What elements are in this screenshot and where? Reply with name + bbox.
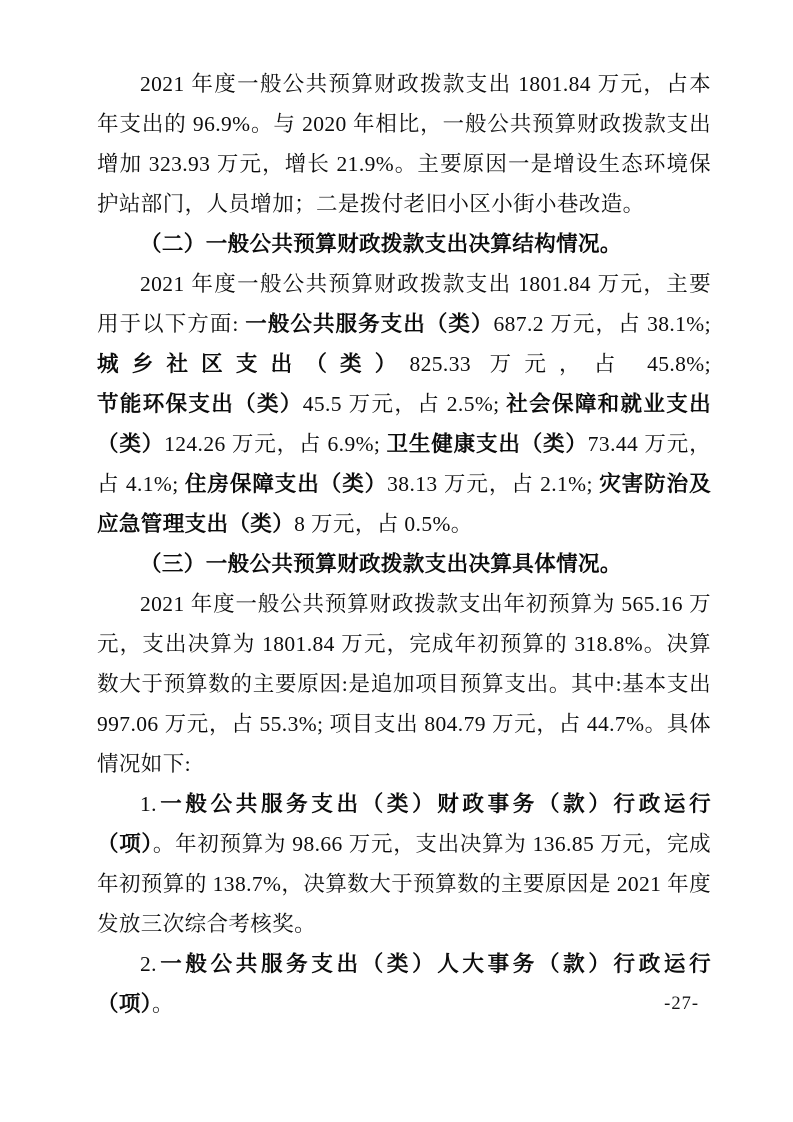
document-page: 2021 年度一般公共预算财政拨款支出 1801.84 万元，占本年支出的 96… bbox=[0, 0, 793, 1122]
text-run: 一般公共服务支出（类） bbox=[245, 312, 493, 336]
text-run: 38.13 万元，占 2.1%; bbox=[387, 472, 599, 496]
text-run: 。年初预算为 98.66 万元，支出决算为 136.85 万元，完成年初预算的 … bbox=[97, 832, 711, 936]
paragraph: 2021 年度一般公共预算财政拨款支出 1801.84 万元，占本年支出的 96… bbox=[97, 64, 711, 224]
text-run: 45.5 万元，占 2.5%; bbox=[303, 392, 507, 416]
paragraph: 2021 年度一般公共预算财政拨款支出 1801.84 万元，主要用于以下方面:… bbox=[97, 264, 711, 544]
text-run: 1. bbox=[140, 792, 157, 816]
text-run: 卫生健康支出（类） bbox=[387, 432, 588, 456]
text-run: 一般公共服务支出（类）人大事务（款）行政运行（项） bbox=[97, 952, 711, 1016]
paragraph: 2021 年度一般公共预算财政拨款支出年初预算为 565.16 万元，支出决算为… bbox=[97, 584, 711, 784]
section-heading: （二）一般公共预算财政拨款支出决算结构情况。 bbox=[97, 224, 711, 264]
text-run: 2021 年度一般公共预算财政拨款支出年初预算为 565.16 万元，支出决算为… bbox=[97, 592, 711, 776]
text-run: 2021 年度一般公共预算财政拨款支出 1801.84 万元，占本年支出的 96… bbox=[97, 72, 711, 216]
text-run: 8 万元，占 0.5%。 bbox=[294, 512, 473, 536]
text-run: 124.26 万元，占 6.9%; bbox=[164, 432, 386, 456]
text-run: 住房保障支出（类） bbox=[185, 472, 387, 496]
page-number: -27- bbox=[664, 992, 699, 1016]
text-run: 城乡社区支出（类） bbox=[97, 352, 409, 376]
text-run: （二）一般公共预算财政拨款支出决算结构情况。 bbox=[140, 232, 622, 256]
text-run: 687.2 万元，占 38.1%; bbox=[494, 312, 711, 336]
text-run: 825.33 万元，占 45.8%; bbox=[409, 352, 711, 376]
text-run: 。 bbox=[152, 992, 174, 1016]
paragraph: 1.一般公共服务支出（类）财政事务（款）行政运行（项）。年初预算为 98.66 … bbox=[97, 784, 711, 944]
paragraph: 2.一般公共服务支出（类）人大事务（款）行政运行（项）。 bbox=[97, 944, 711, 1024]
section-heading: （三）一般公共预算财政拨款支出决算具体情况。 bbox=[97, 544, 711, 584]
text-run: 2. bbox=[140, 952, 157, 976]
text-run: （三）一般公共预算财政拨款支出决算具体情况。 bbox=[140, 552, 622, 576]
text-run: 节能环保支出（类） bbox=[97, 392, 303, 416]
document-body: 2021 年度一般公共预算财政拨款支出 1801.84 万元，占本年支出的 96… bbox=[97, 64, 711, 1024]
